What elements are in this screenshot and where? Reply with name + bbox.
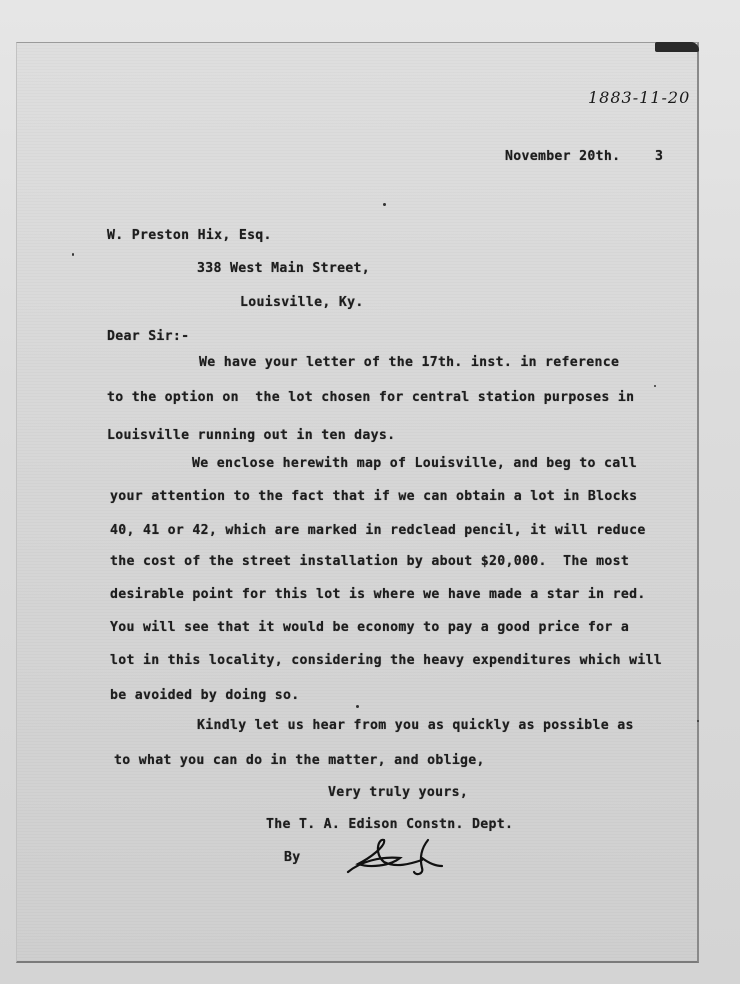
body-line: We have your letter of the 17th. inst. i… — [199, 356, 619, 369]
body-line: to what you can do in the matter, and ob… — [114, 754, 485, 767]
date-line: November 20th. — [505, 150, 620, 163]
body-line: Louisville running out in ten days. — [107, 429, 395, 442]
body-line: lot in this locality, considering the he… — [110, 654, 662, 667]
scan-speck — [356, 705, 359, 708]
signatory: The T. A. Edison Constn. Dept. — [266, 818, 513, 831]
body-line: 40, 41 or 42, which are marked in redcle… — [110, 524, 646, 537]
page-number: 3 — [655, 150, 663, 163]
body-line: We enclose herewith map of Louisville, a… — [192, 457, 637, 470]
recipient-city: Louisville, Ky. — [240, 296, 364, 309]
archive-date-annotation: 1883-11-20 — [588, 88, 690, 107]
body-line: desirable point for this lot is where we… — [110, 588, 646, 601]
closing: Very truly yours, — [328, 786, 468, 799]
recipient-name: W. Preston Hix, Esq. — [107, 229, 272, 242]
scan-speck — [383, 203, 386, 206]
body-line: the cost of the street installation by a… — [110, 555, 629, 568]
body-line: to the option on the lot chosen for cent… — [107, 391, 634, 404]
signature-icon — [340, 836, 450, 878]
body-line: You will see that it would be economy to… — [110, 621, 629, 634]
salutation: Dear Sir:- — [107, 330, 189, 343]
body-line: be avoided by doing so. — [110, 689, 300, 702]
by-label: By — [284, 851, 300, 864]
page-tab-mark — [655, 42, 699, 52]
body-line: your attention to the fact that if we ca… — [110, 490, 637, 503]
recipient-street: 338 West Main Street, — [197, 262, 370, 275]
scan-speck — [697, 720, 699, 722]
body-line: Kindly let us hear from you as quickly a… — [197, 719, 634, 732]
scan-speck — [654, 385, 656, 387]
scan-speck — [72, 253, 74, 256]
